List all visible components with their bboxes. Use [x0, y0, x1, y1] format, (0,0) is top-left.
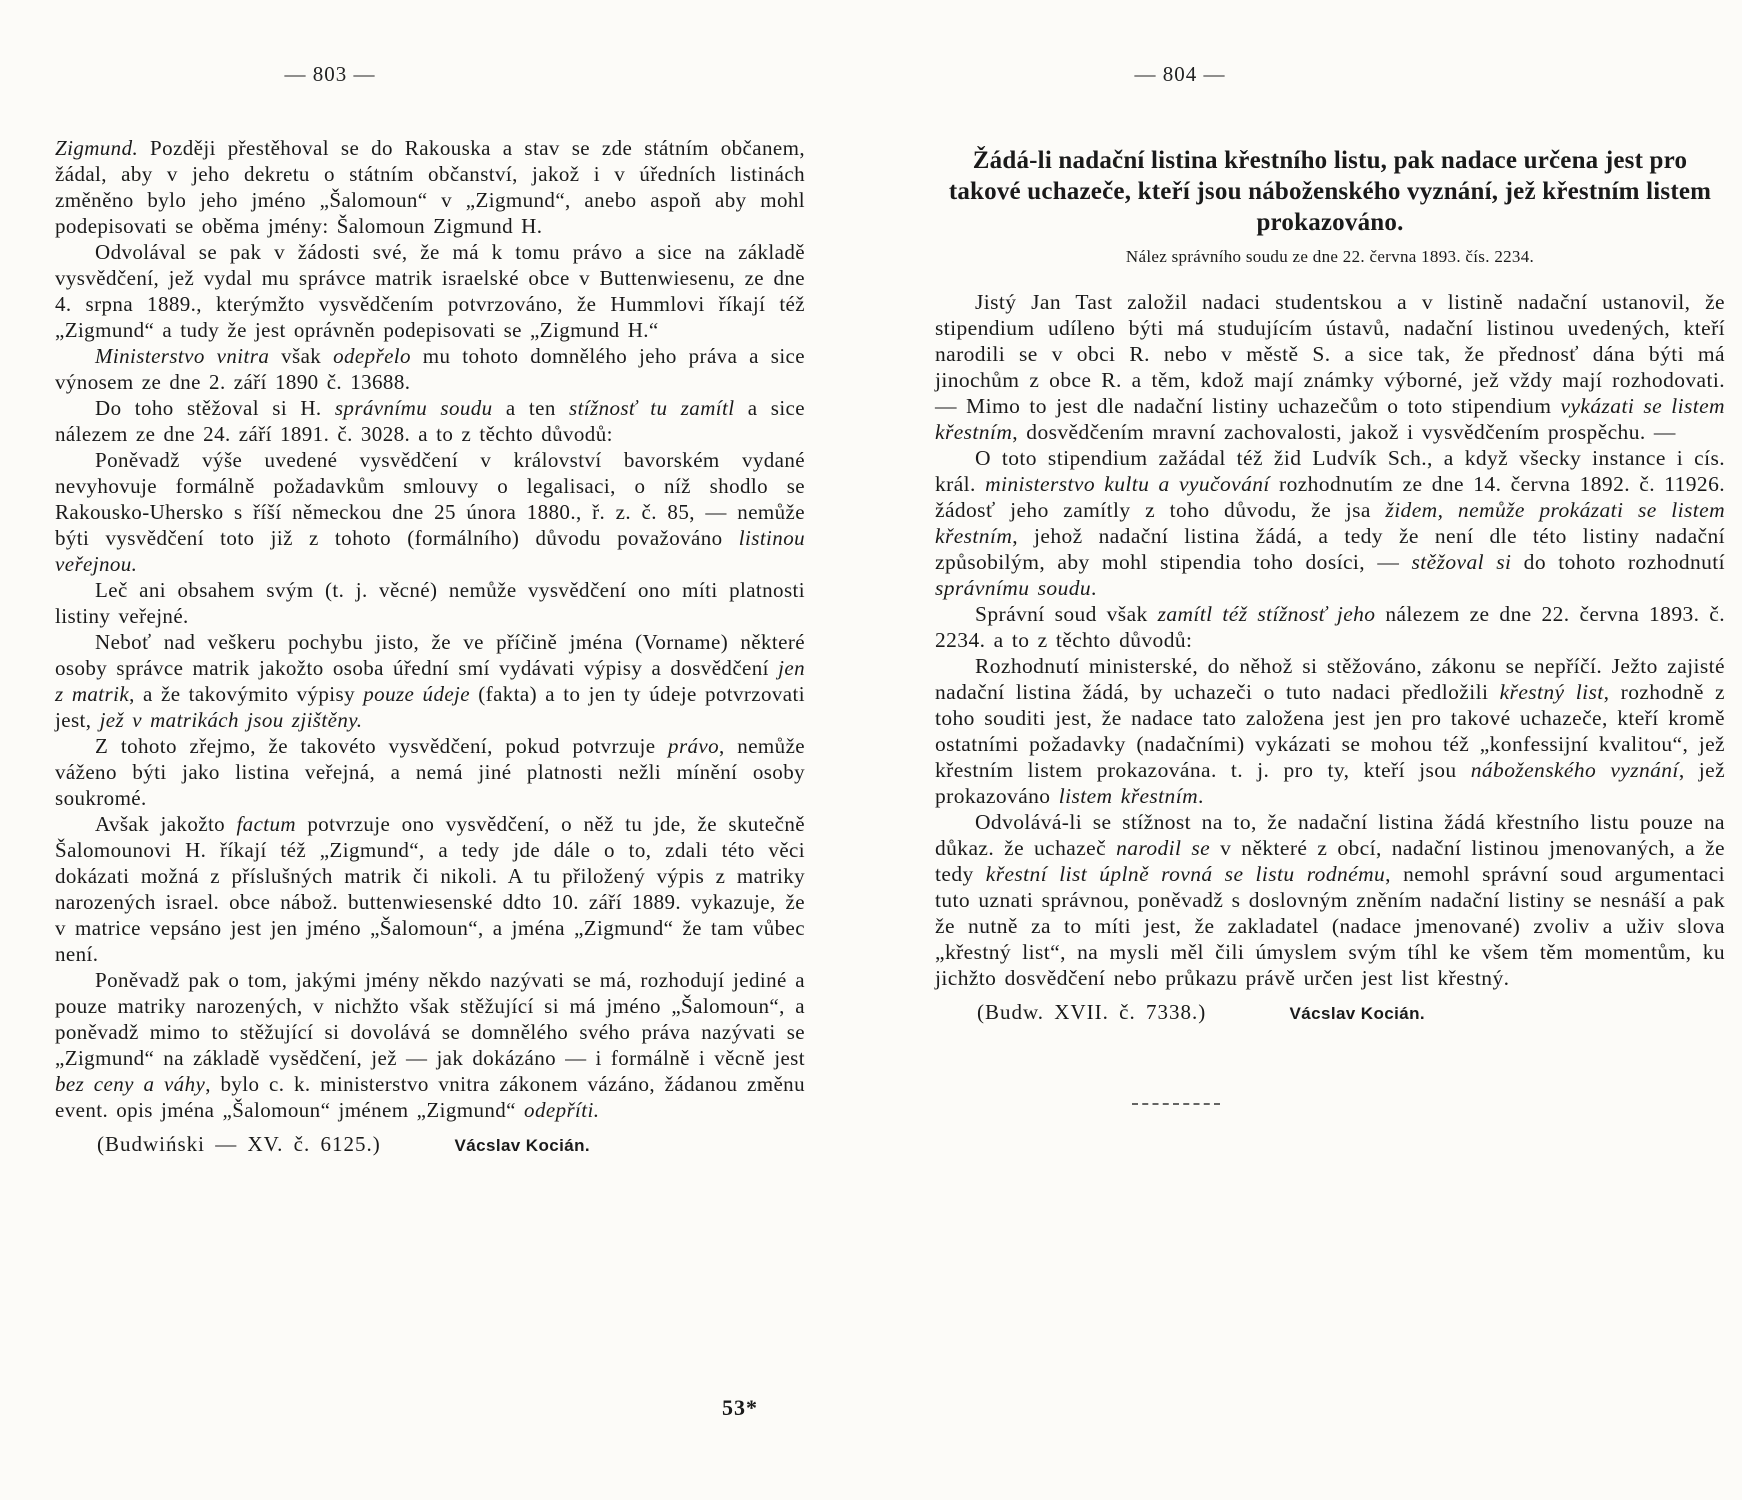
text-segment: Z tohoto zřejmo, že takovéto vysvědčení,…: [95, 734, 668, 758]
text-segment: Ministerstvo vnitra: [95, 344, 269, 368]
text-segment: Zigmund.: [55, 136, 138, 160]
text-segment: stížnosť tu zamítl: [569, 396, 734, 420]
paragraph: O toto stipendium zažádal též žid Ludvík…: [935, 445, 1725, 601]
paragraph: Z tohoto zřejmo, že takovéto vysvědčení,…: [55, 733, 805, 811]
text-segment: bez ceny a váhy: [55, 1072, 205, 1096]
text-segment: správnímu soudu: [935, 576, 1091, 600]
text-segment: jež v matrikách jsou zjištěny.: [100, 708, 363, 732]
text-segment: odepřelo: [333, 344, 411, 368]
text-segment: křestný list: [1500, 680, 1604, 704]
text-segment: náboženského vyznání: [1471, 758, 1679, 782]
section-divider: [1132, 1103, 1220, 1105]
ruling-reference: Nález správního soudu ze dne 22. června …: [935, 247, 1725, 267]
text-segment: křestní list úplně rovná se listu rodném…: [986, 862, 1385, 886]
text-segment: zamítl též stížnosť jeho: [1158, 602, 1376, 626]
text-segment: , a že takovýmito výpisy: [129, 682, 363, 706]
text-segment: Odvolával se pak v žádosti své, že má k …: [55, 240, 805, 342]
text-segment: narodil se: [1116, 836, 1210, 860]
left-closing-line: (Budwiński — XV. č. 6125.) Vácslav Kociá…: [55, 1132, 805, 1157]
text-segment: ministerstvo kultu a vyučování: [985, 472, 1270, 496]
text-segment: do tohoto rozhodnutí: [1511, 550, 1725, 574]
book-spread: — 803 — Zigmund. Později přestěhoval se …: [0, 0, 1742, 1500]
text-segment: a ten: [493, 396, 569, 420]
text-segment: Správní soud však: [975, 602, 1158, 626]
text-segment: pouze údeje: [363, 682, 470, 706]
text-segment: .: [1091, 576, 1097, 600]
paragraph: Odvolává-li se stížnost na to, že nadačn…: [935, 809, 1725, 991]
paragraph: Do toho stěžoval si H. správnímu soudu a…: [55, 395, 805, 447]
text-segment: listem křestním: [1059, 784, 1198, 808]
text-segment: odepříti.: [524, 1098, 599, 1122]
left-page: — 803 — Zigmund. Později přestěhoval se …: [55, 62, 805, 1157]
text-segment: Později přestěhoval se do Rakouska a sta…: [55, 136, 805, 238]
text-segment: však: [269, 344, 333, 368]
paragraph: Poněvadž pak o tom, jakými jmény někdo n…: [55, 967, 805, 1123]
text-segment: factum: [236, 812, 296, 836]
text-segment: .: [1198, 784, 1204, 808]
right-page: — 804 — Žádá-li nadační listina křestníh…: [935, 62, 1725, 1105]
right-column-body: Jistý Jan Tast založil nadaci studentsko…: [935, 289, 1725, 991]
paragraph: Správní soud však zamítl též stížnosť je…: [935, 601, 1725, 653]
paragraph: Rozhodnutí ministerské, do něhož si stěž…: [935, 653, 1725, 809]
text-segment: Neboť nad veškeru pochybu jisto, že ve p…: [55, 630, 805, 680]
text-segment: Avšak jakožto: [95, 812, 236, 836]
text-segment: Poněvadž výše uvedené vysvědčení v králo…: [55, 448, 805, 550]
text-segment: Leč ani obsahem svým (t. j. věcné) nemůž…: [55, 578, 805, 628]
paragraph: Jistý Jan Tast založil nadaci studentsko…: [935, 289, 1725, 445]
paragraph: Poněvadž výše uvedené vysvědčení v králo…: [55, 447, 805, 577]
author-signature: Vácslav Kocián.: [1290, 1004, 1425, 1024]
text-segment: Poněvadž pak o tom, jakými jmény někdo n…: [55, 968, 805, 1070]
page-number-left: — 803 —: [0, 62, 705, 87]
paragraph: Odvolával se pak v žádosti své, že má k …: [55, 239, 805, 343]
text-segment: právo: [668, 734, 719, 758]
paragraph: Zigmund. Později přestěhoval se do Rakou…: [55, 135, 805, 239]
ruling-headnote: Žádá-li nadační listina křestního listu,…: [935, 145, 1725, 238]
sheet-signature-mark: 53*: [722, 1395, 758, 1421]
text-segment: , dosvědčením mravní zachovalosti, jakož…: [1012, 420, 1676, 444]
author-signature: Vácslav Kocián.: [455, 1136, 590, 1156]
case-citation: (Budw. XVII. č. 7338.): [977, 1000, 1206, 1025]
paragraph: Ministerstvo vnitra však odepřelo mu toh…: [55, 343, 805, 395]
paragraph: Avšak jakožto factum potvrzuje ono vysvě…: [55, 811, 805, 967]
case-citation: (Budwiński — XV. č. 6125.): [97, 1132, 381, 1157]
right-closing-line: (Budw. XVII. č. 7338.) Vácslav Kocián.: [935, 1000, 1725, 1025]
text-segment: stěžoval si: [1412, 550, 1512, 574]
left-column-body: Zigmund. Později přestěhoval se do Rakou…: [55, 135, 805, 1123]
paragraph: Leč ani obsahem svým (t. j. věcné) nemůž…: [55, 577, 805, 629]
page-number-right: — 804 —: [785, 62, 1575, 87]
text-segment: správnímu soudu: [335, 396, 493, 420]
text-segment: Do toho stěžoval si H.: [95, 396, 335, 420]
paragraph: Neboť nad veškeru pochybu jisto, že ve p…: [55, 629, 805, 733]
